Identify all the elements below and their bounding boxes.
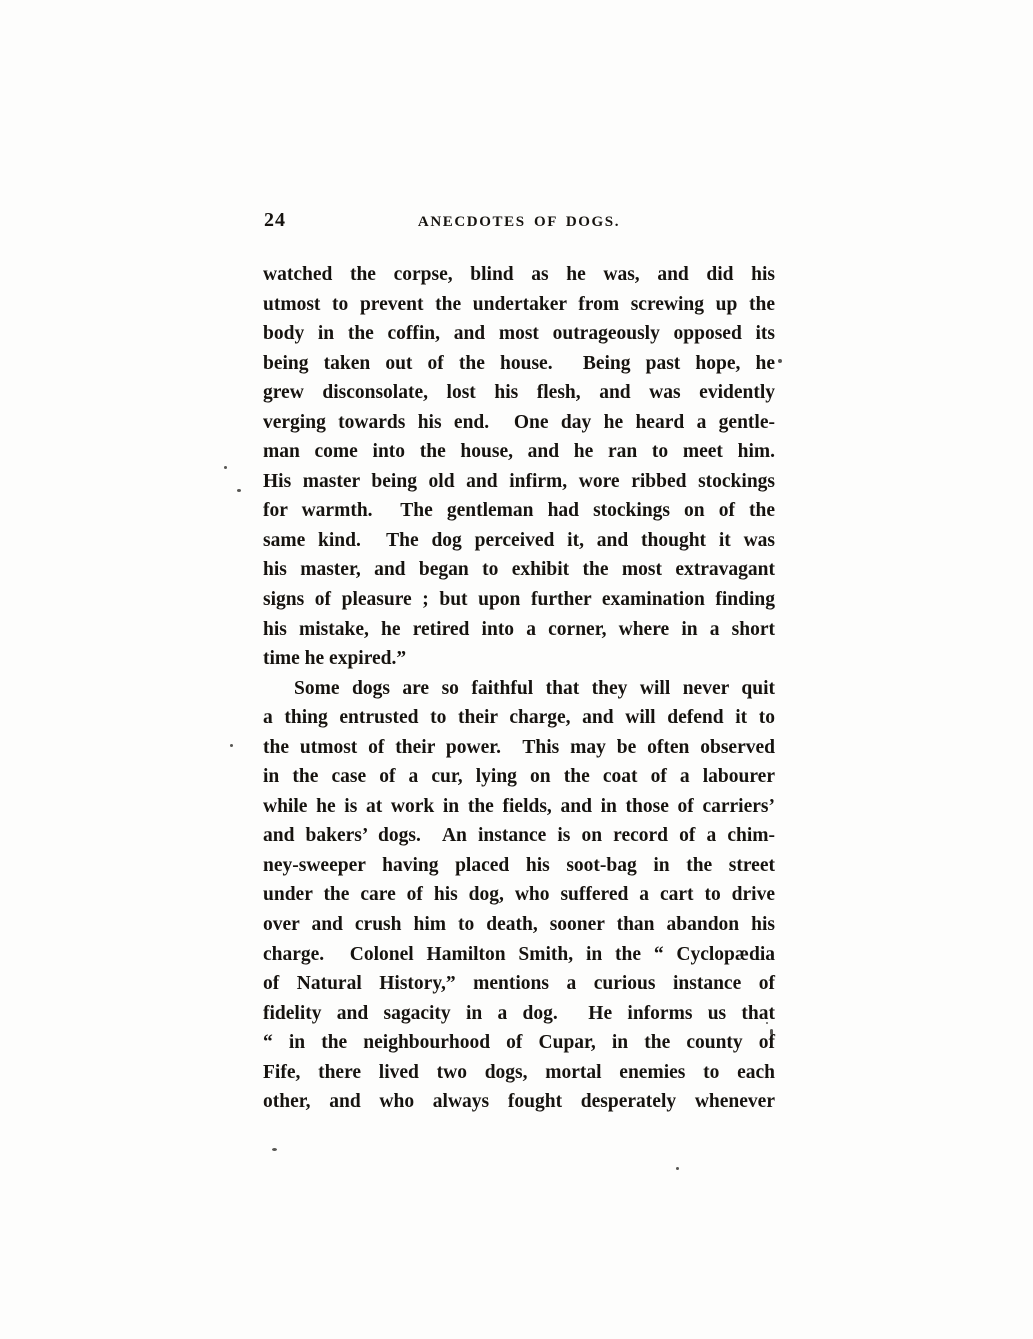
text-line: and bakers’ dogs. An instance is on reco… [263,821,775,851]
text-line: while he is at work in the fields, and i… [263,792,775,822]
book-page: 24 ANECDOTES OF DOGS. watched the corpse… [0,0,1033,1339]
scan-speck [272,1148,277,1151]
text-line: “ in the neighbourhood of Cupar, in the … [263,1028,775,1058]
text-line: for warmth. The gentleman had stockings … [263,496,775,526]
text-line: of Natural History,” mentions a curious … [263,969,775,999]
text-line: charge. Colonel Hamilton Smith, in the “… [263,940,775,970]
text-line: under the care of his dog, who suffered … [263,880,775,910]
text-line: time he expired.” [263,644,775,674]
text-line: in the case of a cur, lying on the coat … [263,762,775,792]
text-line: being taken out of the house. Being past… [263,349,775,379]
scan-speck [770,1029,773,1035]
page-header: 24 ANECDOTES OF DOGS. [263,209,775,235]
text-line: watched the corpse, blind as he was, and… [263,260,775,290]
text-line: the utmost of their power. This may be o… [263,733,775,763]
text-line: utmost to prevent the undertaker from sc… [263,290,775,320]
text-line: over and crush him to death, sooner than… [263,910,775,940]
scan-speck [676,1167,679,1170]
text-line: verging towards his end. One day he hear… [263,408,775,438]
text-line: a thing entrusted to their charge, and w… [263,703,775,733]
text-line: his mistake, he retired into a corner, w… [263,615,775,645]
text-line: same kind. The dog perceived it, and tho… [263,526,775,556]
text-line: other, and who always fought desperately… [263,1087,775,1117]
text-line: signs of pleasure ; but upon further exa… [263,585,775,615]
text-line: man come into the house, and he ran to m… [263,437,775,467]
text-line: fidelity and sagacity in a dog. He infor… [263,999,775,1029]
text-line: grew disconsolate, lost his flesh, and w… [263,378,775,408]
page-text: watched the corpse, blind as he was, and… [263,260,775,1117]
scan-speck [237,489,241,492]
scan-speck [778,359,782,363]
text-line: His master being old and infirm, wore ri… [263,467,775,497]
text-line: ney-sweeper having placed his soot-bag i… [263,851,775,881]
running-header: ANECDOTES OF DOGS. [263,214,775,231]
text-line: his master, and began to exhibit the mos… [263,555,775,585]
scan-speck [224,466,227,469]
text-line: Some dogs are so faithful that they will… [263,674,775,704]
scan-speck [230,744,233,747]
scan-speck [766,1022,768,1024]
text-line: body in the coffin, and most outrageousl… [263,319,775,349]
text-line: Fife, there lived two dogs, mortal enemi… [263,1058,775,1088]
